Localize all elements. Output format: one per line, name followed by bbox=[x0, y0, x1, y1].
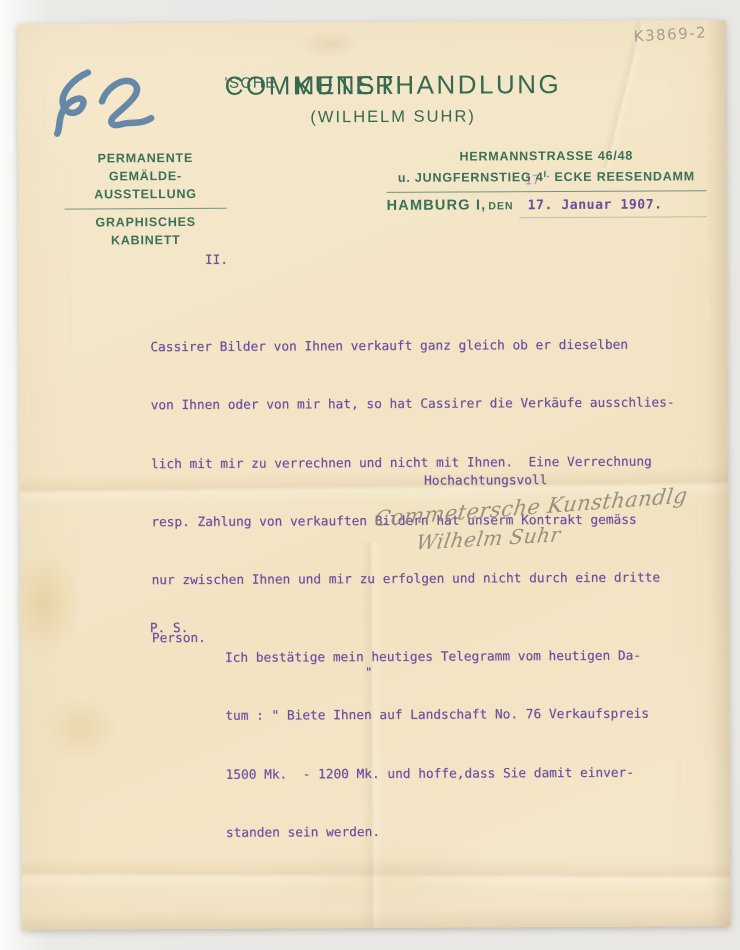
letterhead-company: COMMETER'SCHEKUNSTHANDLUNG (WILHELM SUHR… bbox=[113, 68, 673, 128]
postscript-line: standen sein werden. bbox=[226, 817, 650, 848]
body-line: lich mit mir zu verrechnen und nicht mit… bbox=[151, 448, 675, 479]
archive-code: K3869-2 bbox=[633, 23, 707, 45]
den-label: DEN bbox=[488, 197, 513, 215]
left-block-line3: GRAPHISCHES KABINETT bbox=[65, 213, 227, 250]
postscript-line: tum : " Biete Ihnen auf Landschaft No. 7… bbox=[225, 701, 649, 732]
address-line1: HERMANNSTRASSE 46/48 bbox=[386, 146, 706, 166]
letterhead-right-block: HERMANNSTRASSE 46/48 u. JUNGFERNSTIEG 4I… bbox=[386, 146, 706, 219]
divider-rule bbox=[387, 190, 707, 193]
postscript-line: Ich bestätige mein heutiges Telegramm vo… bbox=[225, 643, 649, 674]
company-name-main: COMMETER bbox=[225, 70, 397, 102]
stain bbox=[43, 695, 119, 761]
place-label: HAMBURG I, bbox=[387, 196, 487, 215]
proprietor-name: (WILHELM SUHR) bbox=[113, 106, 673, 128]
section-number: II. bbox=[205, 253, 228, 268]
dateline-row: HAMBURG I, DEN 17. Januar 1907. bbox=[387, 195, 707, 219]
stain bbox=[10, 552, 81, 656]
left-block-line1: PERMANENTE bbox=[64, 149, 226, 168]
left-block-line2: GEMÄLDE-AUSSTELLUNG bbox=[64, 167, 226, 204]
typed-date: 17. Januar 1907. bbox=[528, 197, 663, 213]
photo-backdrop: { "photo": { "archive_code": "K3869-2", … bbox=[0, 0, 740, 950]
company-name: COMMETER'SCHEKUNSTHANDLUNG bbox=[113, 68, 673, 102]
letter-sheet: K3869-2 COMMETER'SCHEKUNSTHANDLUNG (WILH… bbox=[18, 20, 731, 930]
paper-edge-shadow-right bbox=[706, 20, 731, 926]
postscript-label: P. S. bbox=[150, 615, 189, 643]
stray-quote-mark: " bbox=[365, 665, 372, 679]
closing-salutation: Hochachtungsvoll bbox=[424, 473, 547, 489]
stain bbox=[300, 30, 360, 58]
date-line: 17. Januar 1907. bbox=[520, 195, 707, 218]
body-line: von Ihnen oder von mir hat, so hat Cassi… bbox=[151, 390, 675, 421]
divider-rule bbox=[65, 208, 227, 210]
body-line: Cassirer Bilder von Ihnen verkauft ganz … bbox=[150, 331, 674, 362]
postscript-line: 1500 Mk. - 1200 Mk. und hoffe,dass Sie d… bbox=[225, 759, 649, 790]
body-line: nur zwischen Ihnen und mir zu erfolgen u… bbox=[151, 565, 675, 596]
paper-edge-shadow-bottom bbox=[22, 908, 730, 930]
typed-date-ghost: 17 bbox=[524, 173, 540, 188]
address-line2-prefix: u. JUNGFERNSTIEG 4 bbox=[398, 170, 544, 185]
postscript-paragraph: Ich bestätige mein heutiges Telegramm vo… bbox=[225, 613, 650, 878]
address-line2: u. JUNGFERNSTIEG 4I. ECKE REESENDAMM bbox=[386, 164, 706, 187]
letterhead-left-block: PERMANENTE GEMÄLDE-AUSSTELLUNG GRAPHISCH… bbox=[64, 149, 227, 250]
address-line2-rest: ECKE REESENDAMM bbox=[550, 169, 695, 184]
